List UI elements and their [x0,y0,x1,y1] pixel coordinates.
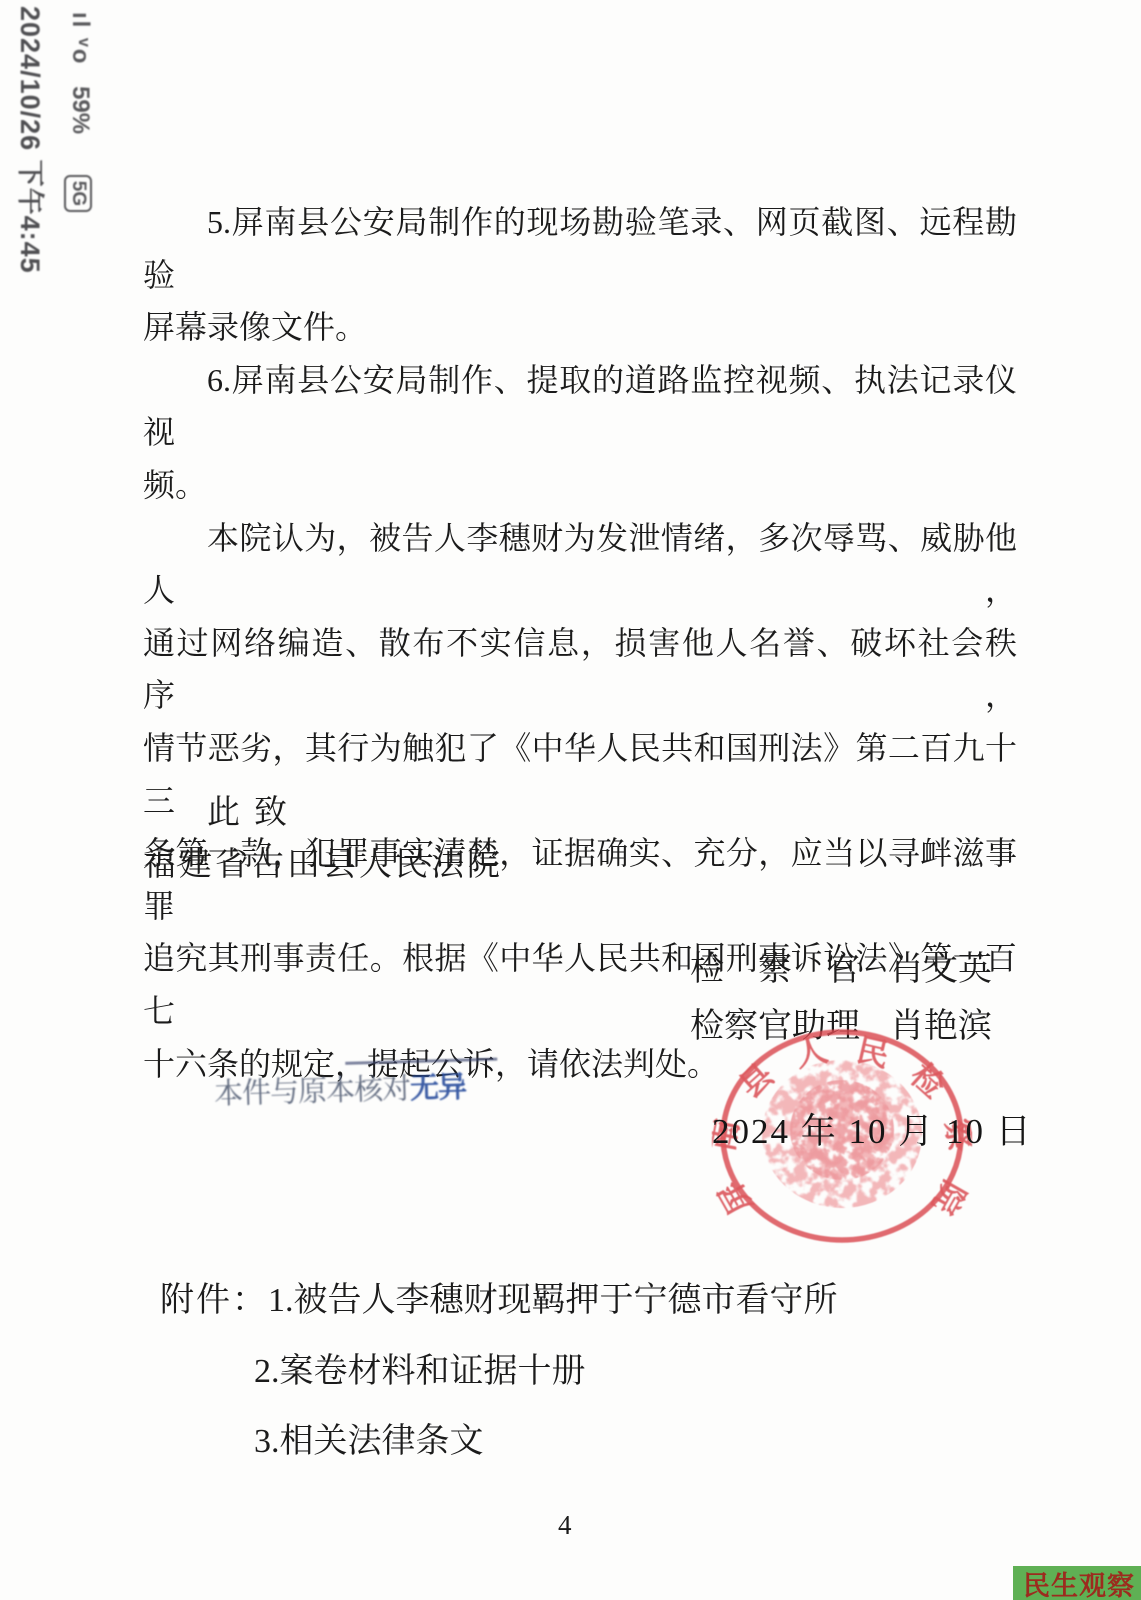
attachments-list: 附件：1.被告人李穗财现羁押于宁德市看守所2.案卷材料和证据十册3.相关法律条文 [160,1266,838,1478]
addressee-court: 福建省古田县人民法院 [143,838,503,885]
attachment-row: 2.案卷材料和证据十册 [160,1337,838,1408]
text-line: 通过网络编造、散布不实信息，损害他人名誉、破坏社会秩序， [143,617,1017,722]
verification-stamp-text-tail: 无异 [410,1071,467,1105]
network-5g-badge: 5G [64,175,92,212]
battery-level: 59% [67,86,94,134]
attachment-row: 3.相关法律条文 [160,1407,838,1478]
prosecutor-signature-line: 检 察 官 肖文英 [690,941,992,990]
scanned-indictment-page: 2024/10/26 下午4:45 ıl ᵛo 59% 5G 5.屏南县公安局制… [0,0,1141,1600]
attachments-label: 附件： [160,1266,268,1337]
verification-stamp: 本件与原本核对无异 [213,1064,466,1112]
paragraph: 6.屏南县公安局制作、提取的道路监控视频、执法记录仪视频。 [143,354,1017,512]
prosecutor-title: 检 察 官 [690,941,860,990]
corner-watermark: 民生观察 [1013,1566,1141,1600]
document-date: 2024 年 10 月 10 日 [712,1104,1033,1154]
text-line: 频。 [143,459,1017,512]
attachment-row: 附件：1.被告人李穗财现羁押于宁德市看守所 [160,1266,838,1337]
text-line: 本院认为，被告人李穗财为发泄情绪，多次辱骂、威胁他人， [143,512,1017,617]
status-bar-indicators: ıl ᵛo 59% 5G [64,12,94,212]
prosecutor-name: 肖文英 [890,941,992,990]
text-line: 5.屏南县公安局制作的现场勘验笔录、网页截图、远程勘验 [143,196,1017,301]
status-bar-datetime: 2024/10/26 下午4:45 [13,6,52,274]
text-line: 6.屏南县公安局制作、提取的道路监控视频、执法记录仪视 [143,354,1017,459]
page-number: 4 [558,1510,572,1541]
salutation: 此致 [143,786,301,833]
paragraph: 5.屏南县公安局制作的现场勘验笔录、网页截图、远程勘验屏幕录像文件。 [143,196,1017,354]
text-line: 屏幕录像文件。 [143,301,1017,354]
attachment-item: 1.被告人李穗财现羁押于宁德市看守所 [268,1266,838,1337]
attachment-item: 2.案卷材料和证据十册 [254,1337,586,1408]
verification-stamp-text: 本件与原本核对 [214,1073,411,1110]
attachment-item: 3.相关法律条文 [254,1407,484,1478]
signal-icon: ıl ᵛo [67,12,94,65]
